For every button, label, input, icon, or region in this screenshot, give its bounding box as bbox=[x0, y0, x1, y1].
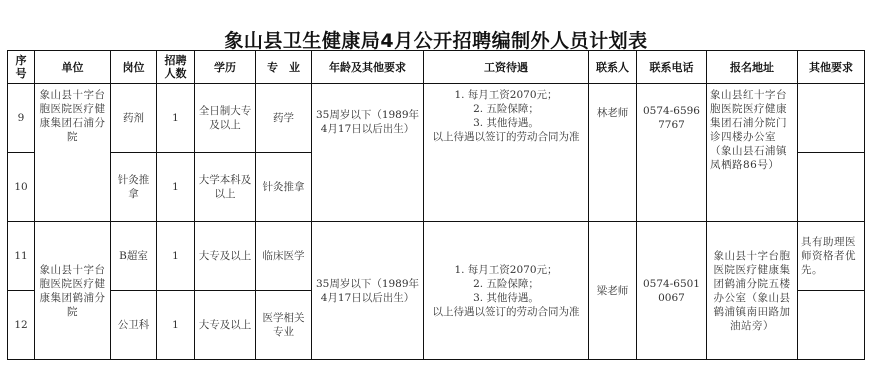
cell-salary: 1. 每月工资2070元； 2. 五险保障； 3. 其他待遇。 以上待遇以签订的… bbox=[424, 84, 589, 222]
cell-count: 1 bbox=[157, 153, 195, 222]
cell-address: 象山县十字台胞医院医疗健康集团鹤浦分院五楼办公室（象山县鹤浦镇南田路加油站旁） bbox=[707, 222, 798, 360]
cell-count: 1 bbox=[157, 84, 195, 153]
cell-other bbox=[798, 291, 865, 360]
salary-line: 3. 其他待遇。 bbox=[427, 291, 585, 305]
cell-unit: 象山县十字台胞医院医疗健康集团鹤浦分院 bbox=[35, 222, 111, 360]
cell-phone: 0574-65010067 bbox=[637, 222, 707, 360]
salary-line: 以上待遇以签订的劳动合同为准 bbox=[427, 130, 585, 144]
header-unit: 单位 bbox=[35, 51, 111, 84]
page-title: 象山县卫生健康局4月公开招聘编制外人员计划表 bbox=[0, 26, 872, 53]
table-row: 9 象山县十字台胞医院医疗健康集团石浦分院 药剂 1 全日制大专及以上 药学 3… bbox=[8, 84, 865, 153]
salary-line: 2. 五险保障； bbox=[427, 277, 585, 291]
cell-major: 医学相关专业 bbox=[256, 291, 312, 360]
cell-major: 临床医学 bbox=[256, 222, 312, 291]
cell-post: B超室 bbox=[111, 222, 157, 291]
cell-seq: 9 bbox=[8, 84, 35, 153]
cell-education: 大专及以上 bbox=[195, 291, 256, 360]
cell-contact: 林老师 bbox=[589, 84, 637, 222]
cell-education: 全日制大专及以上 bbox=[195, 84, 256, 153]
header-salary: 工资待遇 bbox=[424, 51, 589, 84]
table-row: 11 象山县十字台胞医院医疗健康集团鹤浦分院 B超室 1 大专及以上 临床医学 … bbox=[8, 222, 865, 291]
cell-address: 象山县红十字台胞医院医疗健康集团石浦分院门诊四楼办公室（象山县石浦镇凤栖路86号… bbox=[707, 84, 798, 222]
cell-contact: 梁老师 bbox=[589, 222, 637, 360]
header-phone: 联系电话 bbox=[637, 51, 707, 84]
salary-line: 1. 每月工资2070元； bbox=[427, 263, 585, 277]
cell-age: 35周岁以下（1989年4月17日以后出生） bbox=[312, 84, 424, 222]
header-row: 序号 单位 岗位 招聘人数 学历 专 业 年龄及其他要求 工资待遇 联系人 联系… bbox=[8, 51, 865, 84]
cell-education: 大专及以上 bbox=[195, 222, 256, 291]
header-contact: 联系人 bbox=[589, 51, 637, 84]
cell-age: 35周岁以下（1989年4月17日以后出生） bbox=[312, 222, 424, 360]
cell-count: 1 bbox=[157, 222, 195, 291]
cell-salary: 1. 每月工资2070元； 2. 五险保障； 3. 其他待遇。 以上待遇以签订的… bbox=[424, 222, 589, 360]
header-other: 其他要求 bbox=[798, 51, 865, 84]
salary-line: 3. 其他待遇。 bbox=[427, 116, 585, 130]
header-age: 年龄及其他要求 bbox=[312, 51, 424, 84]
cell-post: 公卫科 bbox=[111, 291, 157, 360]
header-count: 招聘人数 bbox=[157, 51, 195, 84]
cell-phone: 0574-65967767 bbox=[637, 84, 707, 222]
cell-seq: 11 bbox=[8, 222, 35, 291]
header-address: 报名地址 bbox=[707, 51, 798, 84]
cell-education: 大学本科及以上 bbox=[195, 153, 256, 222]
cell-major: 药学 bbox=[256, 84, 312, 153]
cell-other bbox=[798, 153, 865, 222]
cell-post: 药剂 bbox=[111, 84, 157, 153]
cell-other: 具有助理医师资格者优先。 bbox=[798, 222, 865, 291]
cell-post: 针灸推拿 bbox=[111, 153, 157, 222]
header-post: 岗位 bbox=[111, 51, 157, 84]
salary-line: 1. 每月工资2070元； bbox=[427, 88, 585, 102]
cell-other bbox=[798, 84, 865, 153]
cell-count: 1 bbox=[157, 291, 195, 360]
salary-line: 2. 五险保障； bbox=[427, 102, 585, 116]
cell-major: 针灸推拿 bbox=[256, 153, 312, 222]
cell-unit: 象山县十字台胞医院医疗健康集团石浦分院 bbox=[35, 84, 111, 222]
cell-seq: 10 bbox=[8, 153, 35, 222]
header-education: 学历 bbox=[195, 51, 256, 84]
recruitment-plan-table: 序号 单位 岗位 招聘人数 学历 专 业 年龄及其他要求 工资待遇 联系人 联系… bbox=[7, 50, 865, 360]
salary-line: 以上待遇以签订的劳动合同为准 bbox=[427, 305, 585, 319]
cell-seq: 12 bbox=[8, 291, 35, 360]
header-major: 专 业 bbox=[256, 51, 312, 84]
header-seq: 序号 bbox=[8, 51, 35, 84]
